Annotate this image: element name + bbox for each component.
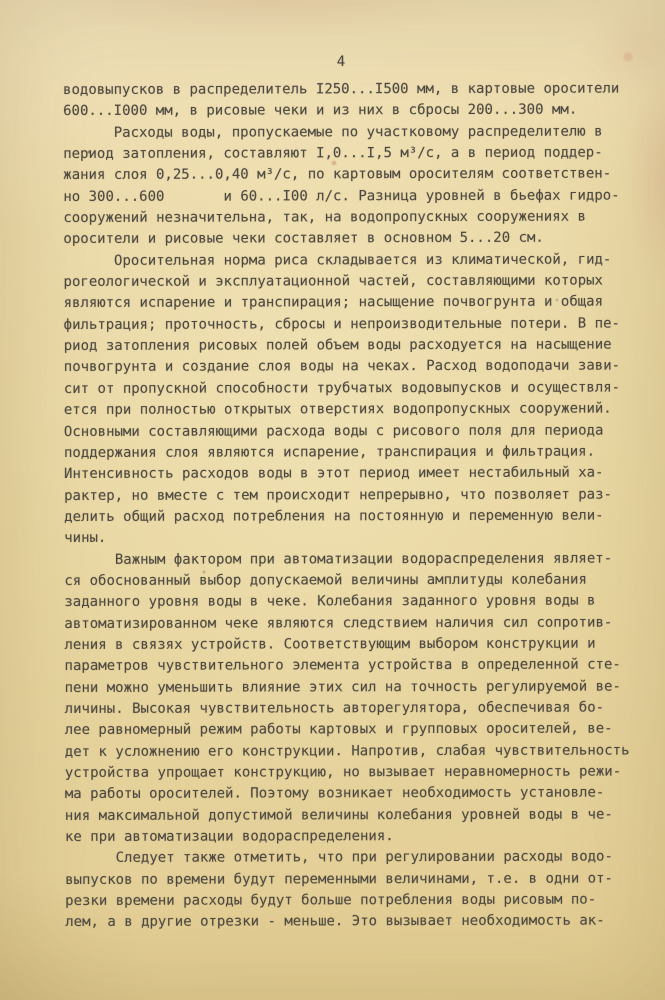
page-number: 4 bbox=[63, 52, 619, 73]
text-line: параметров чувствительного элемента устр… bbox=[65, 655, 655, 678]
text-line: личины. Высокая чувствительность авторег… bbox=[65, 697, 655, 720]
text-line: ления в связях устройств. Соответствующи… bbox=[64, 633, 654, 656]
text-line: ется при полностью открытых отверстиях в… bbox=[64, 399, 654, 422]
text-line: фильтрация; проточность, сбросы и непрои… bbox=[64, 313, 654, 336]
document-body-text: водовыпусков в распределитель I250...I50… bbox=[63, 78, 655, 933]
text-line: риод затопления рисовых полей объем воды… bbox=[64, 335, 654, 358]
text-line: рактер, но вместе с тем происходит непре… bbox=[64, 484, 654, 507]
text-line: заданного уровня воды в чеке. Колебания … bbox=[64, 591, 654, 614]
text-line: водовыпусков в распределитель I250...I50… bbox=[63, 78, 653, 101]
text-line: являются испарение и транспирация; насыщ… bbox=[64, 292, 654, 315]
text-line: ке при автоматизации водораспределения. bbox=[65, 825, 655, 848]
text-line: почвогрунта и создание слоя воды на чека… bbox=[64, 356, 654, 379]
text-line: дет к усложнению его конструкции. Напрот… bbox=[65, 740, 655, 763]
text-line: рогеологической и эксплуатационной часте… bbox=[64, 271, 654, 294]
text-line: Основными составляющими расхода воды с р… bbox=[64, 420, 654, 443]
text-line: Следует также отметить, что при регулиро… bbox=[65, 847, 655, 870]
text-line: но 300...600 и 60...I00 л/с. Разница уро… bbox=[63, 185, 653, 208]
text-line: Интенсивность расходов воды в этот перио… bbox=[64, 463, 654, 486]
text-line: делить общий расход потребления на посто… bbox=[64, 505, 654, 528]
text-line: Оросительная норма риса складывается из … bbox=[63, 249, 653, 272]
text-line: период затопления, составляют I,0...I,5 … bbox=[63, 142, 653, 165]
scanned-document-page: 4 водовыпусков в распределитель I250...I… bbox=[0, 0, 665, 1000]
text-line: лем, а в другие отрезки - меньше. Это вы… bbox=[65, 911, 655, 934]
text-line: 600...I000 мм, в рисовые чеки и из них в… bbox=[63, 100, 653, 123]
text-line: жания слоя 0,25...0,40 м³/с, по картовым… bbox=[63, 164, 653, 187]
text-line: ся обоснованный выбор допускаемой величи… bbox=[64, 569, 654, 592]
text-line: резки времени расходы будут больше потре… bbox=[65, 890, 655, 913]
text-line: Расходы воды, пропускаемые по участковом… bbox=[63, 121, 653, 144]
text-line: устройства упрощает конструкцию, но вызы… bbox=[65, 761, 655, 784]
text-line: ма работы оросителей. Поэтому возникает … bbox=[65, 783, 655, 806]
text-line: оросители и рисовые чеки составляет в ос… bbox=[63, 228, 653, 251]
text-line: поддержания слоя являются испарение, тра… bbox=[64, 441, 654, 464]
text-line: ния максимальной допустимой величины кол… bbox=[65, 804, 655, 827]
text-line: чины. bbox=[64, 527, 654, 550]
text-line: сит от пропускной способности трубчатых … bbox=[64, 377, 654, 400]
text-line: Важным фактором при автоматизации водора… bbox=[64, 548, 654, 571]
text-line: автоматизированном чеке являются следств… bbox=[64, 612, 654, 635]
text-line: сооружений незначительна, так, на водопр… bbox=[63, 207, 653, 230]
text-line: лее равномерный режим работы картовых и … bbox=[65, 719, 655, 742]
text-line: пени можно уменьшить влияние этих сил на… bbox=[65, 676, 655, 699]
text-line: выпусков по времени будут переменными ве… bbox=[65, 868, 655, 891]
